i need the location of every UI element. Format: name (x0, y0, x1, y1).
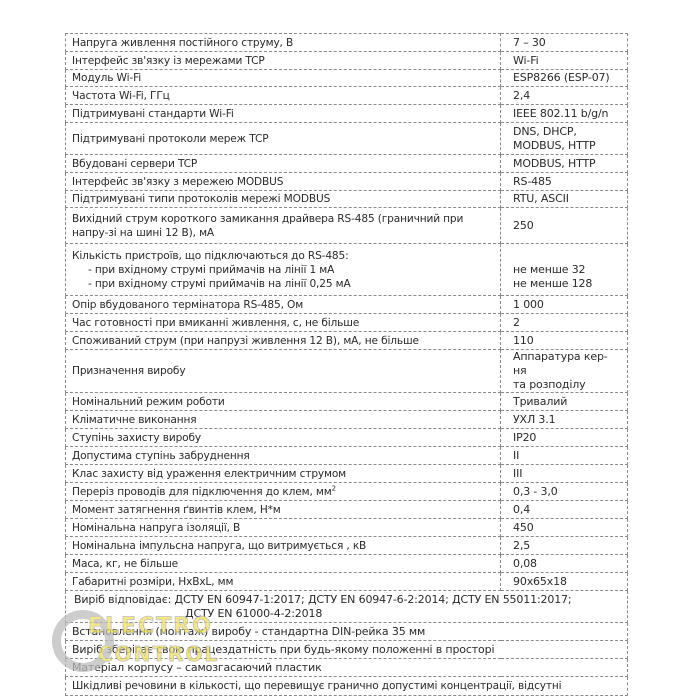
param-sub-item: - при вхідному струмі приймачів на лінії… (72, 263, 494, 277)
table-row: Опір вбудованого термінатора RS-485, Ом … (66, 296, 628, 314)
param-title: Кількість пристроїв, що підключаються до… (72, 249, 494, 263)
param-cell: Номінальна імпульсна напруга, що витриму… (66, 537, 501, 555)
table-row: Переріз проводів для підключення до клем… (66, 483, 628, 501)
table-row: Підтримувані типи протоколів мережі MODB… (66, 191, 628, 208)
param-cell: Вбудовані сервери TCP (66, 155, 501, 173)
table-row: Час готовності при вмиканні живлення, с,… (66, 314, 628, 332)
table-row: Інтерфейс зв'язку з мережею MODBUS RS-48… (66, 173, 628, 191)
param-cell: Габаритні розміри, НхВхL, мм (66, 573, 501, 591)
value-cell: Тривалий (501, 393, 628, 411)
param-cell: Споживаний струм (при напрузі живлення 1… (66, 332, 501, 350)
table-row: Момент затягнення ґвинтів клем, Н*м 0,4 (66, 501, 628, 519)
mounting-cell: Встановлення (монтаж) виробу - стандартн… (66, 623, 628, 641)
table-row: Ступінь захисту виробу IP20 (66, 429, 628, 447)
table-row: Модуль Wi-Fi ESP8266 (ESP-07) (66, 70, 628, 87)
value-cell: 1 000 (501, 296, 628, 314)
param-cell: Ступінь захисту виробу (66, 429, 501, 447)
value-cell: DNS, DHCP, MODBUS, HTTP (501, 123, 628, 155)
value-cell: RTU, ASCII (501, 191, 628, 208)
param-cell: Призначення виробу (66, 350, 501, 393)
param-sub-item: - при вхідному струмі приймачів на лінії… (72, 277, 494, 291)
param-cell: Кількість пристроїв, що підключаються до… (66, 244, 501, 296)
value-cell: 2,4 (501, 87, 628, 105)
standards-line: Виріб відповідає: ДСТУ EN 60947-1:2017; … (74, 593, 621, 607)
param-cell: Опір вбудованого термінатора RS-485, Ом (66, 296, 501, 314)
standards-compliance-cell: Виріб відповідає: ДСТУ EN 60947-1:2017; … (66, 591, 628, 623)
table-row: Встановлення (монтаж) виробу - стандартн… (66, 623, 628, 641)
specifications-table: Напруга живлення постійного струму, В 7 … (65, 33, 628, 696)
table-row: Виріб відповідає: ДСТУ EN 60947-1:2017; … (66, 591, 628, 623)
value-cell: 2 (501, 314, 628, 332)
table-row: Матеріал корпусу – самозгасаючий пластик (66, 659, 628, 677)
value-cell: IEEE 802.11 b/g/n (501, 105, 628, 123)
param-cell: Підтримувані протоколи мереж TCP (66, 123, 501, 155)
param-cell: Інтерфейс зв'язку з мережею MODBUS (66, 173, 501, 191)
table-row: Призначення виробу Аппаратура кер-ня та … (66, 350, 628, 393)
value-cell: II (501, 447, 628, 465)
param-cell: Допустима ступінь забруднення (66, 447, 501, 465)
table-row: Допустима ступінь забруднення II (66, 447, 628, 465)
value-line: Аппаратура кер-ня (513, 350, 621, 378)
value-cell: 90x65x18 (501, 573, 628, 591)
table-row: Виріб зберігає свою працездатність при б… (66, 641, 628, 659)
value-cell: Аппаратура кер-ня та розподілу (501, 350, 628, 393)
param-cell: Інтерфейс зв'язку із мережами TCP (66, 52, 501, 70)
value-line: не менше 32 (513, 263, 621, 277)
value-cell: 450 (501, 519, 628, 537)
value-line: та розподілу (513, 378, 621, 392)
param-text: Переріз проводів для підключення до клем… (72, 486, 332, 498)
value-cell: 0,08 (501, 555, 628, 573)
param-cell: Підтримувані типи протоколів мережі MODB… (66, 191, 501, 208)
standards-line: ДСТУ EN 61000-4-2:2018 (74, 607, 621, 621)
hazardous-substances-cell: Шкідливі речовини в кількості, що переви… (66, 677, 628, 696)
table-row: Номінальна імпульсна напруга, що витриму… (66, 537, 628, 555)
param-cell: Клас захисту від ураження електричним ст… (66, 465, 501, 483)
table-row: Номінальний режим роботи Тривалий (66, 393, 628, 411)
table-row: Споживаний струм (при напрузі живлення 1… (66, 332, 628, 350)
param-cell: Напруга живлення постійного струму, В (66, 34, 501, 52)
value-cell: IP20 (501, 429, 628, 447)
value-cell: не менше 32 не менше 128 (501, 244, 628, 296)
value-cell: 0,4 (501, 501, 628, 519)
param-cell: Переріз проводів для підключення до клем… (66, 483, 501, 501)
param-cell: Вихідний струм короткого замикання драйв… (66, 208, 501, 244)
orientation-cell: Виріб зберігає свою працездатність при б… (66, 641, 628, 659)
value-cell: 110 (501, 332, 628, 350)
param-cell: Модуль Wi-Fi (66, 70, 501, 87)
table-row: Маса, кг, не більше 0,08 (66, 555, 628, 573)
param-cell: Кліматичне виконання (66, 411, 501, 429)
table-row: Підтримувані протоколи мереж TCP DNS, DH… (66, 123, 628, 155)
value-cell: RS-485 (501, 173, 628, 191)
param-cell: Час готовності при вмиканні живлення, с,… (66, 314, 501, 332)
table-row: Вихідний струм короткого замикання драйв… (66, 208, 628, 244)
value-cell: 2,5 (501, 537, 628, 555)
table-row: Кліматичне виконання УХЛ 3.1 (66, 411, 628, 429)
value-line: MODBUS, HTTP (513, 139, 621, 153)
table-row: Номінальна напруга ізоляції, В 450 (66, 519, 628, 537)
table-row: Частота Wi-Fi, ГГц 2,4 (66, 87, 628, 105)
value-cell: 0,3 - 3,0 (501, 483, 628, 501)
param-cell: Підтримувані стандарти Wi-Fi (66, 105, 501, 123)
table-row: Клас захисту від ураження електричним ст… (66, 465, 628, 483)
material-cell: Матеріал корпусу – самозгасаючий пластик (66, 659, 628, 677)
param-cell: Номінальна напруга ізоляції, В (66, 519, 501, 537)
value-line: DNS, DHCP, (513, 125, 621, 139)
value-cell: MODBUS, HTTP (501, 155, 628, 173)
value-line: не менше 128 (513, 277, 621, 291)
param-cell: Частота Wi-Fi, ГГц (66, 87, 501, 105)
value-cell: III (501, 465, 628, 483)
table-row: Шкідливі речовини в кількості, що переви… (66, 677, 628, 696)
value-cell: Wi-Fi (501, 52, 628, 70)
table-row: Інтерфейс зв'язку із мережами TCP Wi-Fi (66, 52, 628, 70)
param-cell: Маса, кг, не більше (66, 555, 501, 573)
param-cell: Номінальний режим роботи (66, 393, 501, 411)
value-cell: УХЛ 3.1 (501, 411, 628, 429)
value-cell: 250 (501, 208, 628, 244)
superscript: 2 (332, 484, 336, 492)
table-row: Кількість пристроїв, що підключаються до… (66, 244, 628, 296)
table-row: Вбудовані сервери TCP MODBUS, HTTP (66, 155, 628, 173)
value-cell: 7 – 30 (501, 34, 628, 52)
table-row: Підтримувані стандарти Wi-Fi IEEE 802.11… (66, 105, 628, 123)
param-cell: Момент затягнення ґвинтів клем, Н*м (66, 501, 501, 519)
table-row: Габаритні розміри, НхВхL, мм 90x65x18 (66, 573, 628, 591)
value-cell: ESP8266 (ESP-07) (501, 70, 628, 87)
table-row: Напруга живлення постійного струму, В 7 … (66, 34, 628, 52)
